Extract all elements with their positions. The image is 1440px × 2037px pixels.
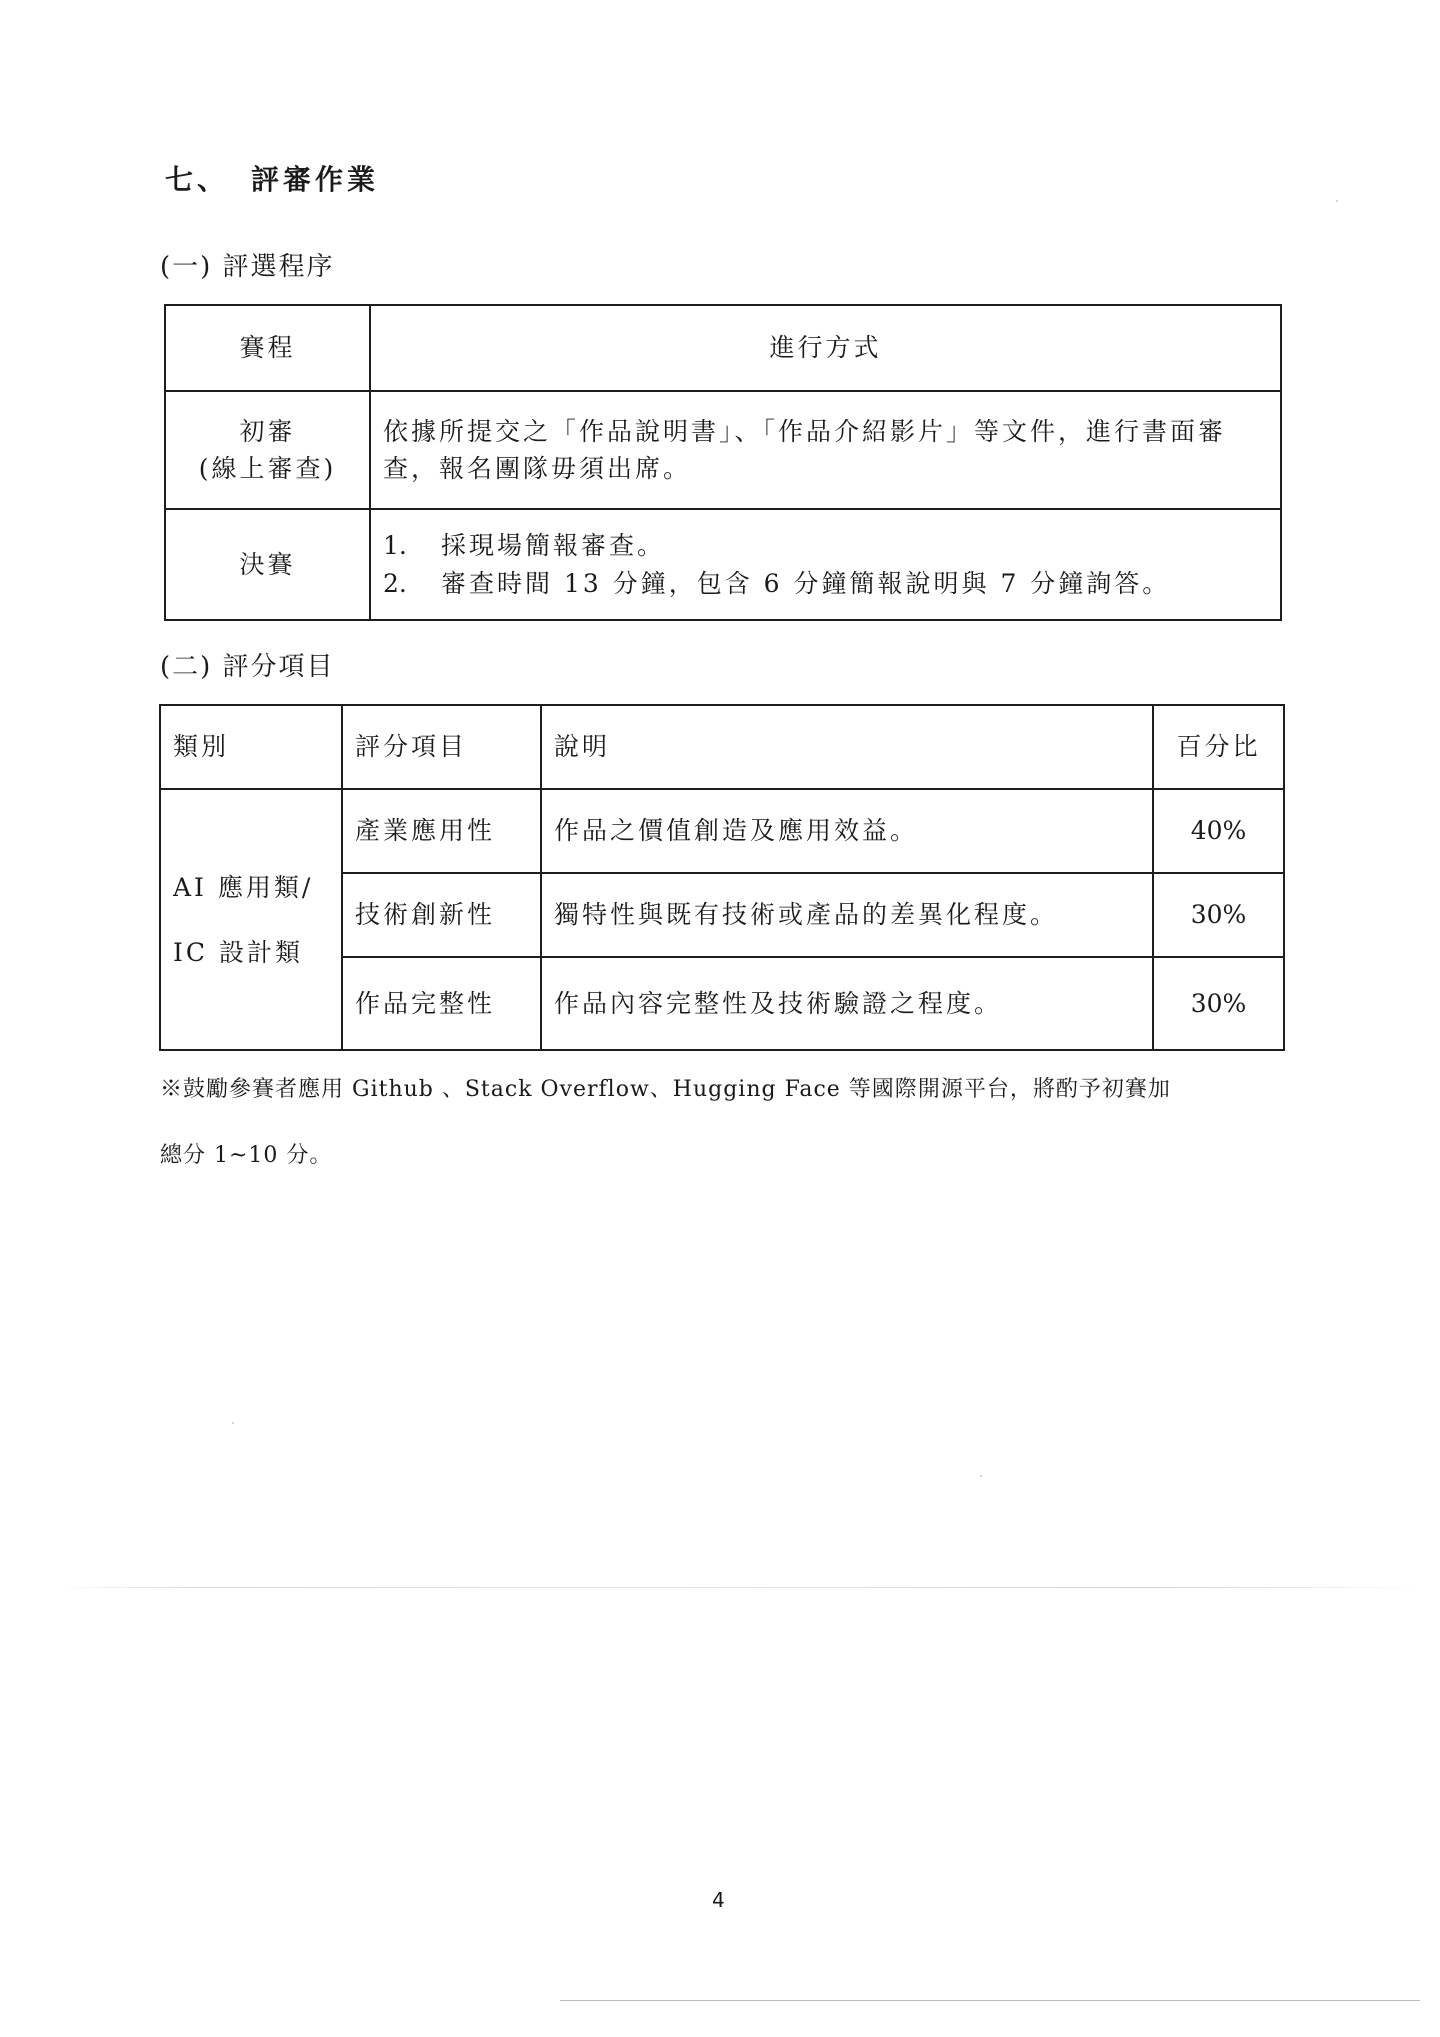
note-line-2: 總分 1~10 分。 bbox=[160, 1138, 332, 1169]
table-row: 決賽 1. 採現場簡報審查。 2. 審查時間 13 分鐘，包含 6 分鐘簡報說明… bbox=[165, 509, 1281, 620]
table-row: AI 應用類/ IC 設計類 產業應用性 作品之價值創造及應用效益。 40% bbox=[160, 789, 1284, 873]
section-heading: 七、評審作業 bbox=[165, 158, 379, 198]
category-line: AI 應用類/ bbox=[173, 855, 329, 920]
subsection-title-selection-procedure: (一) 評選程序 bbox=[160, 246, 335, 283]
percent-cell: 40% bbox=[1153, 789, 1284, 873]
list-item: 2. 審查時間 13 分鐘，包含 6 分鐘簡報說明與 7 分鐘詢答。 bbox=[383, 565, 1268, 603]
list-text: 採現場簡報審查。 bbox=[441, 527, 665, 565]
list-number: 1. bbox=[383, 527, 441, 565]
table-header-row: 類別 評分項目 說明 百分比 bbox=[160, 705, 1284, 789]
scan-artifact-line bbox=[60, 1587, 1420, 1588]
category-line: IC 設計類 bbox=[173, 920, 329, 985]
description-cell: 作品內容完整性及技術驗證之程度。 bbox=[541, 957, 1153, 1050]
list-item: 1. 採現場簡報審查。 bbox=[383, 527, 1268, 565]
stage-note: (線上審查) bbox=[178, 450, 357, 488]
page-number: 4 bbox=[712, 1888, 725, 1912]
scoring-items-table: 類別 評分項目 說明 百分比 AI 應用類/ IC 設計類 產業應用性 作品之價… bbox=[159, 704, 1285, 1051]
percent-cell: 30% bbox=[1153, 957, 1284, 1050]
header-category: 類別 bbox=[160, 705, 342, 789]
item-cell: 技術創新性 bbox=[342, 873, 541, 957]
stage-cell: 初審 (線上審查) bbox=[165, 391, 370, 509]
stage-cell: 決賽 bbox=[165, 509, 370, 620]
table-row: 初審 (線上審查) 依據所提交之「作品說明書」、「作品介紹影片」等文件，進行書面… bbox=[165, 391, 1281, 509]
selection-procedure-table: 賽程 進行方式 初審 (線上審查) 依據所提交之「作品說明書」、「作品介紹影片」… bbox=[164, 304, 1282, 621]
header-stage: 賽程 bbox=[165, 305, 370, 391]
list-text: 審查時間 13 分鐘，包含 6 分鐘簡報說明與 7 分鐘詢答。 bbox=[441, 565, 1170, 603]
subsection-title-scoring-items: (二) 評分項目 bbox=[160, 646, 335, 683]
section-number: 七、 bbox=[165, 163, 229, 196]
category-cell: AI 應用類/ IC 設計類 bbox=[160, 789, 342, 1050]
percent-cell: 30% bbox=[1153, 873, 1284, 957]
header-description: 說明 bbox=[541, 705, 1153, 789]
method-cell: 1. 採現場簡報審查。 2. 審查時間 13 分鐘，包含 6 分鐘簡報說明與 7… bbox=[370, 509, 1281, 620]
section-title: 評審作業 bbox=[251, 163, 379, 196]
stage-name: 初審 bbox=[178, 413, 357, 451]
table-header-row: 賽程 進行方式 bbox=[165, 305, 1281, 391]
description-cell: 獨特性與既有技術或產品的差異化程度。 bbox=[541, 873, 1153, 957]
scan-speck bbox=[232, 1422, 234, 1424]
header-item: 評分項目 bbox=[342, 705, 541, 789]
list-number: 2. bbox=[383, 565, 441, 603]
header-percent: 百分比 bbox=[1153, 705, 1284, 789]
method-cell: 依據所提交之「作品說明書」、「作品介紹影片」等文件，進行書面審查，報名團隊毋須出… bbox=[370, 391, 1281, 509]
header-method: 進行方式 bbox=[370, 305, 1281, 391]
scan-speck bbox=[980, 1475, 982, 1477]
description-cell: 作品之價值創造及應用效益。 bbox=[541, 789, 1153, 873]
note-line-1: ※鼓勵參賽者應用 Github 、Stack Overflow、Hugging … bbox=[160, 1072, 1171, 1103]
item-cell: 產業應用性 bbox=[342, 789, 541, 873]
scan-artifact-line bbox=[560, 2000, 1420, 2001]
scan-speck bbox=[1336, 200, 1338, 202]
item-cell: 作品完整性 bbox=[342, 957, 541, 1050]
